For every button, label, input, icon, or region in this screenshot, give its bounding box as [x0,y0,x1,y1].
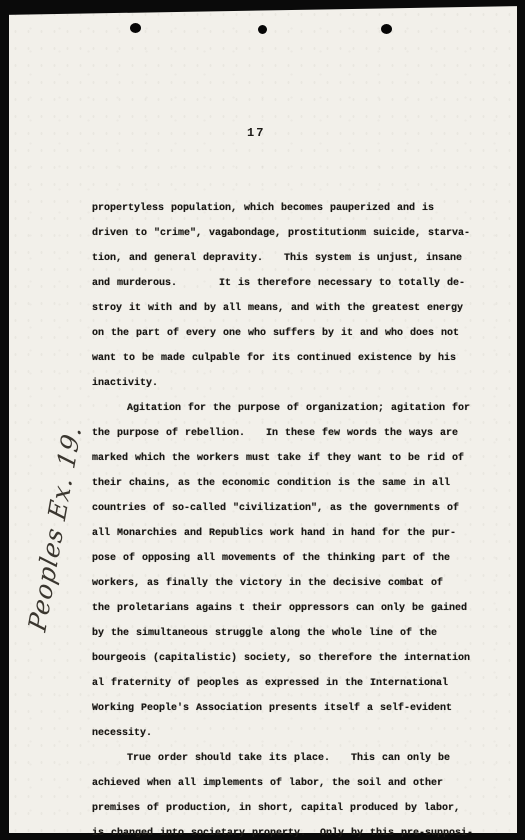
typewritten-line: all Monarchies and Republics work hand i… [92,521,512,546]
punch-hole-icon [258,25,267,34]
typewritten-line: the purpose of rebellion. In these few w… [92,421,512,446]
typewritten-line: propertyless population, which becomes p… [92,196,512,221]
punch-hole-icon [130,23,141,33]
typewritten-line: stroy it with and by all means, and with… [92,296,512,321]
typewritten-line: tion, and general depravity. This system… [92,246,512,271]
typewritten-line: True order should take its place. This c… [92,746,512,771]
typewritten-line: premises of production, in short, capita… [92,796,512,821]
typewritten-line: is changed into societary property. Only… [92,821,512,840]
typewritten-line: workers, as finally the victory in the d… [92,571,512,596]
typewritten-line: and murderous. It is therefore necessary… [92,271,512,296]
typewritten-line: countries of so-called "civilization", a… [92,496,512,521]
typewritten-line: bourgeois (capitalistic) society, so the… [92,646,512,671]
scanned-document-page: 17 Peoples Ex. 19. propertyless populati… [0,0,525,840]
typewritten-line: on the part of every one who suffers by … [92,321,512,346]
typewritten-line: inactivity. [92,371,512,396]
page-number: 17 [247,126,265,140]
typewritten-line: necessity. [92,721,512,746]
typewritten-line: Agitation for the purpose of organizatio… [92,396,512,421]
typewritten-line: pose of opposing all movements of the th… [92,546,512,571]
typewritten-line: achieved when all implements of labor, t… [92,771,512,796]
typewritten-text-body: propertyless population, which becomes p… [92,196,512,840]
typewritten-line: Working People's Association presents it… [92,696,512,721]
punch-hole-icon [381,24,392,34]
typewritten-line: marked which the workers must take if th… [92,446,512,471]
typewritten-line: by the simultaneous struggle along the w… [92,621,512,646]
typewritten-line: want to be made culpable for its continu… [92,346,512,371]
typewritten-line: the proletarians agains t their oppresso… [92,596,512,621]
typewritten-line: driven to "crime", vagabondage, prostitu… [92,221,512,246]
typewritten-line: al fraternity of peoples as expressed in… [92,671,512,696]
typewritten-line: their chains, as the economic condition … [92,471,512,496]
